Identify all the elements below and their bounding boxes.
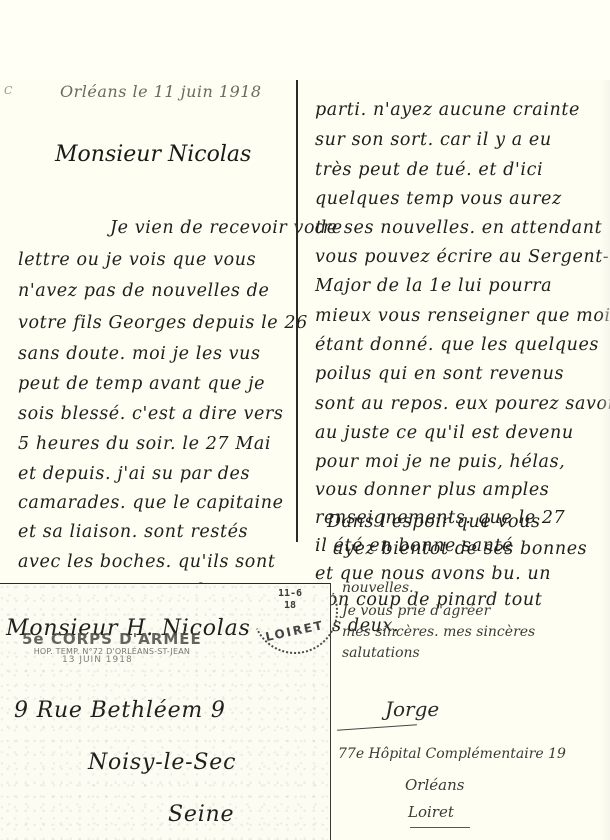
letter-line: sont au repos. eux pourez savoir: [315, 396, 610, 414]
postmark-date: 11-6 18: [278, 588, 302, 612]
signature-underline: [337, 724, 417, 731]
return-address-line: Loiret: [408, 803, 454, 821]
letter-line: peut de temp avant que je: [18, 376, 265, 394]
letter-closing-line: Dans l'espoir que vous: [327, 514, 541, 532]
letter-line: sois blessé. c'est a dire vers: [18, 406, 283, 424]
letter-line: mieux vous renseigner que moi: [315, 308, 610, 326]
letter-line: votre fils Georges depuis le 26: [18, 315, 308, 333]
return-address-underline: [410, 827, 470, 828]
letter-line: sur son sort. car il y a eu: [315, 132, 552, 150]
letter-line: vous pouvez écrire au Sergent-: [315, 249, 609, 267]
letter-line: et depuis. j'ai su par des: [18, 466, 250, 484]
corner-mark: C: [4, 84, 12, 97]
letter-salutation: Monsieur Nicolas: [55, 142, 251, 167]
envelope: 11-6 18 LOIRET Monsieur H. Nicolas 5e CO…: [0, 583, 331, 840]
return-address-line: Orléans: [405, 776, 464, 794]
letter-line: poilus qui en sont revenus: [315, 366, 564, 384]
letter-line: quelques temp vous aurez: [315, 191, 562, 209]
postmark-day-month: 11-6: [278, 588, 302, 600]
letter-closing-line: ayez bientot de ses bonnes: [333, 541, 587, 559]
letter-line: parti. n'ayez aucune crainte: [315, 102, 580, 120]
letter-line: vous donner plus amples: [315, 482, 549, 500]
envelope-department: Seine: [168, 802, 234, 827]
military-stamp: 5e CORPS D'ARMÉE HOP. TEMP. N°72 D'ORLÉA…: [22, 631, 202, 666]
letter-closing-line: Je vous prie d'agréer: [342, 603, 490, 619]
postmark-year: 18: [278, 600, 302, 612]
letter-line: de ses nouvelles. en attendant: [315, 220, 602, 238]
scanned-page: C Orléans le 11 juin 1918 Monsieur Nicol…: [0, 0, 610, 840]
right-edge-shadow: [600, 80, 610, 840]
letter-closing-line: mes sincères. mes sincères: [342, 624, 535, 640]
letter-line: camarades. que le capitaine: [18, 495, 284, 513]
letter-line: très peut de tué. et d'ici: [315, 162, 543, 180]
letter-line: avec les boches. qu'ils sont: [18, 554, 275, 572]
top-margin: [0, 0, 610, 80]
envelope-street: 9 Rue Bethléem 9: [14, 698, 226, 723]
letter-line: sans doute. moi je les vus: [18, 346, 261, 364]
letter-line: et sa liaison. sont restés: [18, 524, 248, 542]
page-fold-divider: [296, 80, 298, 542]
letter-line: Je vien de recevoir votre: [110, 220, 343, 238]
letter-signature: Jorge: [385, 697, 439, 721]
return-address-line: 77e Hôpital Complémentaire 19: [338, 746, 566, 762]
letter-closing-line: nouvelles.: [342, 580, 414, 596]
letter-closing-line: salutations: [342, 645, 420, 661]
letter-line: pour moi je ne puis, hélas,: [315, 454, 565, 472]
letter-line: étant donné. que les quelques: [315, 337, 599, 355]
letter-line: lettre ou je vois que vous: [18, 252, 256, 270]
letter-line: n'avez pas de nouvelles de: [18, 283, 269, 301]
letter-line: au juste ce qu'il est devenu: [315, 425, 574, 443]
letter-line: 5 heures du soir. le 27 Mai: [18, 436, 271, 454]
envelope-town: Noisy-le-Sec: [88, 750, 236, 775]
stamp-title: 5e CORPS D'ARMÉE: [22, 631, 202, 648]
stamp-date: 13 JUIN 1918: [22, 656, 202, 666]
letter-dateline: Orléans le 11 juin 1918: [60, 82, 262, 101]
letter-line: Major de la 1e lui pourra: [315, 278, 552, 296]
